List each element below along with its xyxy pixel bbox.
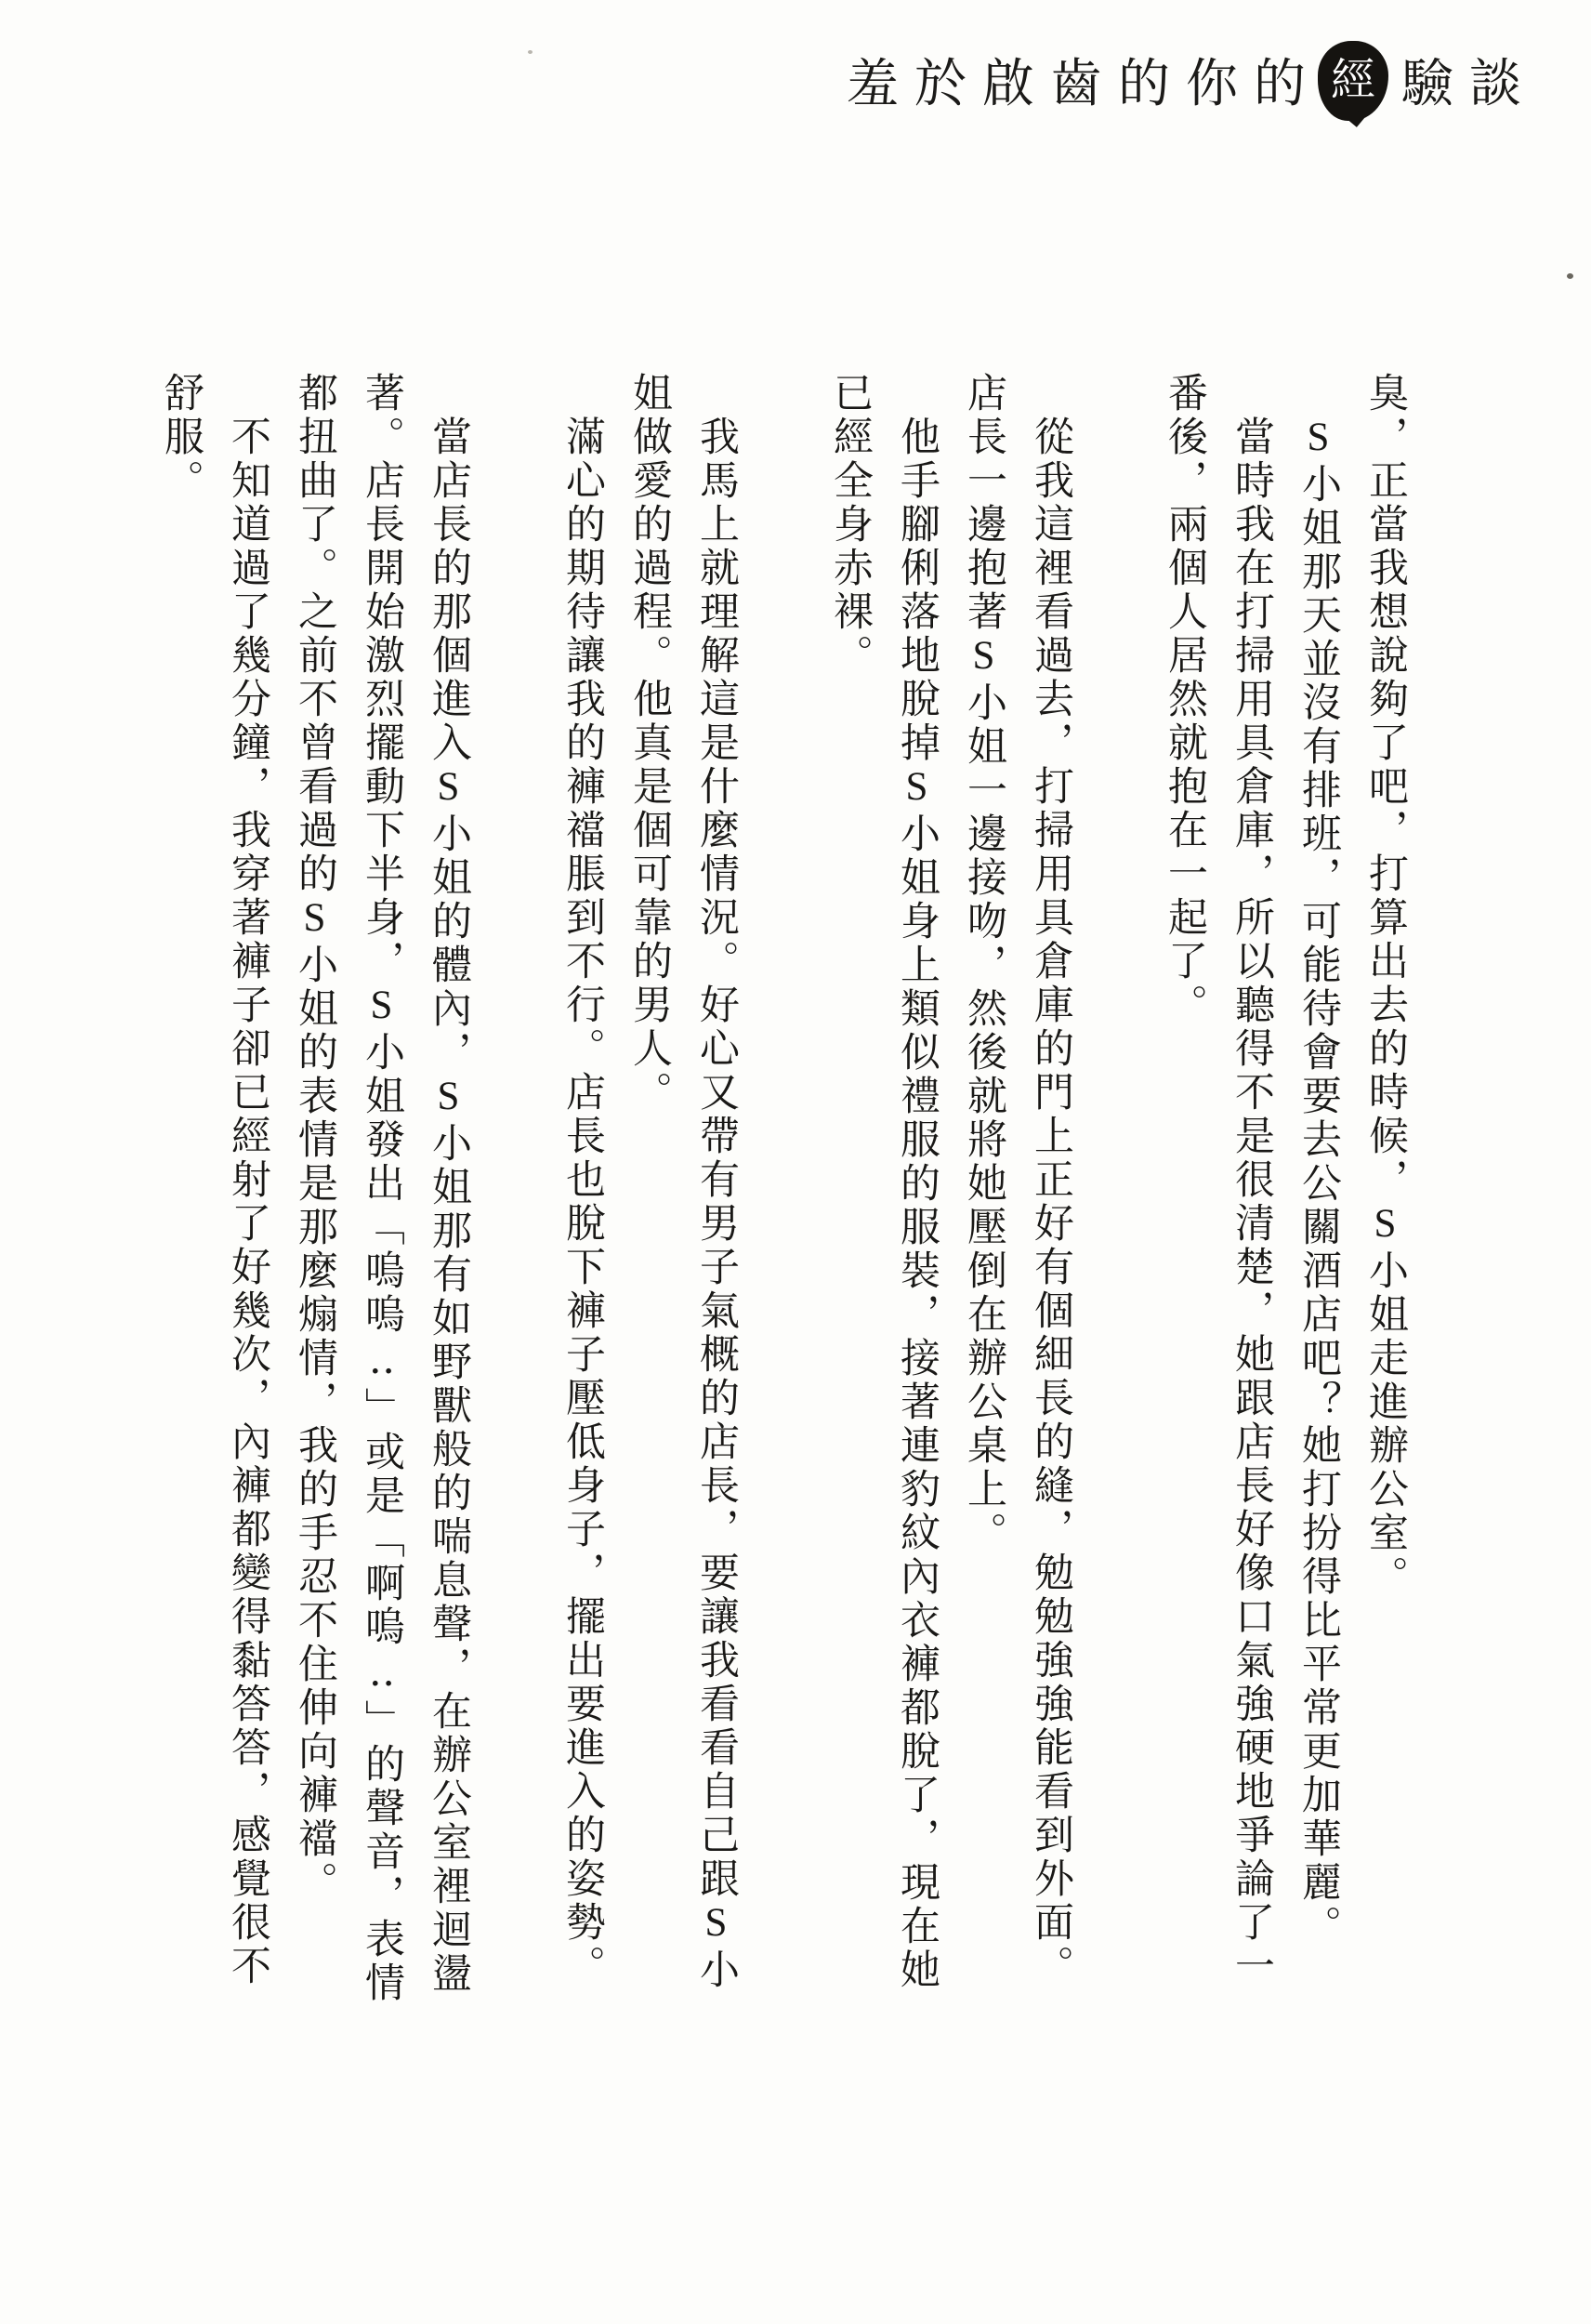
text-column-12: 當店長的那個進入S小姐的體內，S小姐那有如野獸般的喘息聲，在辦公室裡迴盪 [427, 372, 469, 1996]
text-column-8: 已經全身赤裸。 [828, 372, 871, 678]
text-column-7: 他手腳俐落地脫掉S小姐身上類似禮服的服裝，接著連豹紋內衣褲都脫了，現在她 [895, 372, 938, 1992]
text-column-10: 姐做愛的過程。他真是個可靠的男人。 [627, 372, 670, 1115]
text-column-14: 都扭曲了。之前不曾看過的S小姐的表情是那麼煽情，我的手忍不住伸向褲襠。 [293, 372, 335, 1905]
scan-speck [1567, 273, 1573, 279]
text-column-2: S小姐那天並沒有排班，可能待會要去公關酒店吧？她打扮得比平常更加華麗。 [1296, 372, 1339, 1948]
scan-speck [528, 50, 533, 54]
text-column-15: 不知道過了幾分鐘，我穿著褲子卻已經射了好幾次，內褲都變得黏答答，感覺很不 [226, 372, 269, 1988]
text-column-16: 舒服。 [159, 372, 202, 503]
text-column-13: 著。店長開始激烈擺動下半身，S小姐發出「嗚嗚‥」或是「啊嗚‥」的聲音，表情 [360, 372, 402, 2005]
text-column-1: 臭，正當我想說夠了吧，打算出去的時候，S小姐走進辦公室。 [1363, 372, 1406, 1599]
text-column-4: 番後，兩個人居然就抱在一起了。 [1163, 372, 1205, 1027]
book-page: 羞於啟齒的你的 經 驗談 臭，正當我想說夠了吧，打算出去的時候，S小姐走進辦公室… [0, 0, 1591, 2324]
text-column-11: 滿心的期待讓我的褲襠脹到不行。店長也脫下褲子壓低身子，擺出要進入的姿勢。 [560, 372, 603, 1988]
page-title-prefix: 羞於啟齒的你的 [847, 59, 1321, 111]
title-highlight-char: 經 [1331, 59, 1375, 103]
text-column-3: 當時我在打掃用具倉庫，所以聽得不是很清楚，她跟店長好像口氣強硬地爭論了一 [1229, 372, 1272, 1988]
title-highlight-badge: 經 [1318, 41, 1388, 121]
text-column-9: 我馬上就理解這是什麼情況。好心又帶有男子氣概的店長，要讓我看看自己跟S小 [694, 372, 737, 1992]
page-title-suffix: 驗談 [1401, 59, 1537, 111]
page-header: 羞於啟齒的你的 經 驗談 [847, 48, 1537, 121]
text-column-6: 店長一邊抱著S小姐一邊接吻，然後就將她壓倒在辦公桌上。 [962, 372, 1005, 1555]
text-column-5: 從我這裡看過去，打掃用具倉庫的門上正好有個細長的縫，勉勉強強能看到外面。 [1029, 372, 1072, 1988]
